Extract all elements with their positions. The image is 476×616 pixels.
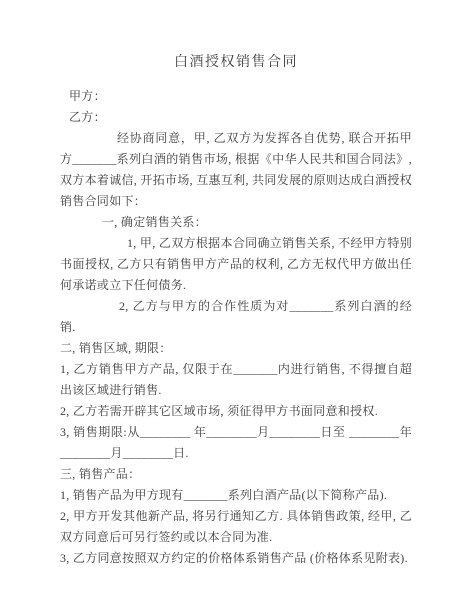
section-2-item-3: 3, 销售期限:从________ 年________月________日至 _… xyxy=(60,422,412,464)
section-2-item-1: 1, 乙方销售甲方产品, 仅限于在_______内进行销售, 不得擅自超出该区域… xyxy=(60,359,412,401)
section-3-item-2: 2, 甲方开发其他新产品, 将另行通知乙方. 具体销售政策, 经甲, 乙双方同意… xyxy=(60,506,412,548)
section-3-item-3: 3, 乙方同意按照双方约定的价格体系销售产品 (价格体系见附表). xyxy=(60,548,412,569)
preamble-paragraph: 经协商同意，甲, 乙双方为发挥各自优势, 联合开拓甲方_______系列白酒的销… xyxy=(60,128,412,212)
contract-page: 白酒授权销售合同 甲方： 乙方： 经协商同意，甲, 乙双方为发挥各自优势, 联合… xyxy=(0,0,476,616)
section-1-item-1: 1, 甲, 乙双方根据本合同确立销售关系, 不经甲方特别书面授权, 乙方只有销售… xyxy=(60,233,412,296)
section-1-heading: 一, 确定销售关系： xyxy=(60,212,412,233)
section-2-heading: 二, 销售区域, 期限： xyxy=(60,338,412,359)
party-b-line: 乙方： xyxy=(60,107,412,128)
section-3-item-1: 1, 销售产品为甲方现有_______系列白酒产品(以下简称产品). xyxy=(60,485,412,506)
party-a-line: 甲方： xyxy=(60,86,412,107)
section-3-heading: 三, 销售产品： xyxy=(60,464,412,485)
document-title: 白酒授权销售合同 xyxy=(60,52,412,74)
section-1-item-2: 2, 乙方与甲方的合作性质为对_______系列白酒的经销. xyxy=(60,296,412,338)
section-2-item-2: 2, 乙方若需开辟其它区域市场, 须征得甲方书面同意和授权. xyxy=(60,401,412,422)
